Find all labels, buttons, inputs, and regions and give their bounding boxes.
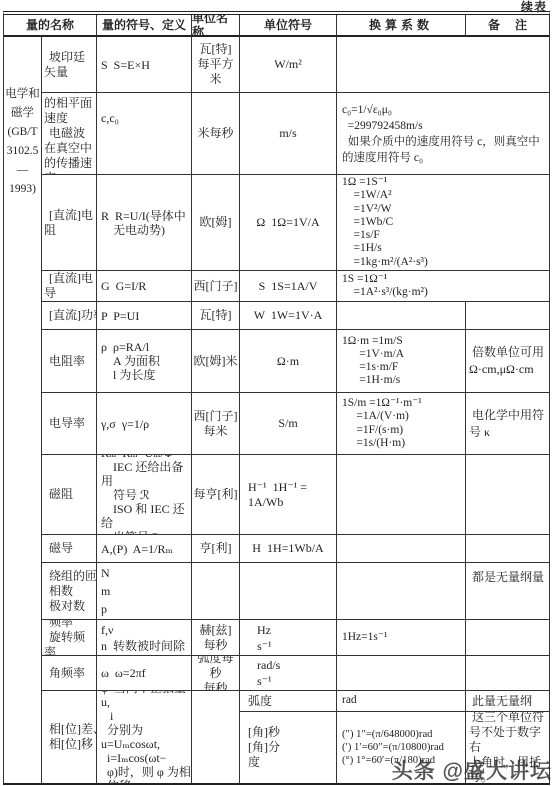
cell-r10-unit-name [192,563,240,620]
cell-r13a-conversion: rad [337,691,466,712]
cell-r6-symbol: ρ ρ=RA/l A 为面积 l 为长度 [97,330,192,393]
cell-r2-symbol: c,c₀ [97,93,192,175]
cell-r5-name: [直流]功率 [42,302,97,330]
cell-r5-conversion [337,302,466,330]
cell-r10-symbol: Nmp [97,563,192,620]
cell-r7-name: 电导率 [42,393,97,455]
cell-r11-unit-symbol: Hzs⁻¹ [240,620,337,656]
cell-r9-symbol: A,(P) A=1/Rₘ [97,535,192,563]
scanned-standard-table-page: 续表 量的名称 量的符号、定义 单位名称 单位符号 换算系数 备注 电学和磁学(… [0,0,553,786]
quantities-units-table: 量的名称 量的符号、定义 单位名称 单位符号 换算系数 备注 电学和磁学(GB/… [3,11,550,785]
cell-r10-unit-symbol [240,563,337,620]
cell-r4-name: [直流]电导 [42,271,97,302]
cell-r4-conversion-remarks: 1S =1Ω⁻¹ =1A²·s³/(kg·m²) [337,271,549,302]
header-conversion-factor: 换算系数 [337,15,466,37]
cell-r7-unit-symbol: S/m [240,393,337,455]
cell-r10-name: 绕组的匝数相数极对数 [42,563,97,620]
cell-r6-remarks: 倍数单位可用Ω·cm,μΩ·cm [466,330,549,393]
cell-r12-name: 角频率 [42,656,97,691]
cell-r4-unit-symbol: S 1S=1A/V [240,271,337,302]
header-quantity-name: 量的名称 [4,15,97,37]
cell-r13a-remarks: 此量无量纲 [466,691,549,712]
cell-r7-conversion: 1S/m =1Ω⁻¹·m⁻¹ =1A/(V·m) =1F/(s·m) =1s/(… [337,393,466,455]
cell-r5-unit-symbol: W 1W=1V·A [240,302,337,330]
cell-r8-unit-name: 每亨[利] [192,455,240,535]
cell-r5-symbol: P P=UI [97,302,192,330]
cell-r8-name: 磁阻 [42,455,97,535]
header-unit-name: 单位名称 [192,15,240,37]
cell-r7-unit-name: 西[门子]每米 [192,393,240,455]
cell-r10-conversion [337,563,466,620]
cell-r8-symbol: Rₘ Rₘ=Uₘ/Φ IEC 还给出备用 符号 ℛ ISO 和 IEC 还给 出… [97,455,192,535]
cell-r4-symbol: G G=I/R [97,271,192,302]
cell-r2-name: 电磁波的相平面速度电磁波在真空中的传播速度 [42,93,97,175]
cell-r3-conversion-remarks: 1Ω =1S⁻¹ =1W/A² =1V²/W =1Wb/C =1s/F =1H/… [337,175,549,271]
cell-r10-remarks: 都是无量纲量 [466,563,549,620]
header-unit-symbol: 单位符号 [240,15,337,37]
group-label-electricity-magnetism: 电学和磁学(GB/T3102.5—1993) [4,37,42,783]
cell-r8-conversion [337,455,466,535]
cell-r13-symbol: φ 当两个正弦量 u, i 分别为u=Uₘcosωt, i=Iₘcos(ωt− … [97,691,192,783]
cell-r2-unit-name: 米每秒 [192,93,240,175]
cell-r13a-unit-symbol: 弧度 [240,691,337,712]
cell-r3-symbol: R R=U/I(导体中 无电动势) [97,175,192,271]
cell-r1-name: 坡印廷矢量 [42,37,97,93]
cell-r12-unit-name: 弧度每秒每秒 [192,656,240,691]
cell-r12-unit-symbol: rad/ss⁻¹ [240,656,337,691]
cell-r4-unit-name: 西[门子] [192,271,240,302]
cell-r9-unit-name: 亨[利] [192,535,240,563]
cell-r1-symbol: S S=E×H [97,37,192,93]
cell-r3-unit-name: 欧[姆] [192,175,240,271]
cell-r7-remarks: 电化学中用符号 κ [466,393,549,455]
cell-r3-name: [直流]电阻 [42,175,97,271]
cell-r8-remarks [466,455,549,535]
cell-r8-unit-symbol: H⁻¹ 1H⁻¹ =1A/Wb [240,455,337,535]
header-remarks: 备注 [466,15,549,37]
cell-r6-name: 电阻率 [42,330,97,393]
cell-r12-symbol: ω ω=2πf [97,656,192,691]
cell-r1-unit-name: 瓦[特]每平方米 [192,37,240,93]
cell-r9-unit-symbol: H 1H=1Wb/A [240,535,337,563]
cell-r6-unit-symbol: Ω·m [240,330,337,393]
cell-r13-name: 相[位]差、相[位]移 [42,691,97,783]
cell-r5-unit-name: 瓦[特] [192,302,240,330]
cell-r6-unit-name: 欧[姆]米 [192,330,240,393]
cell-r12-conversion [337,656,466,691]
cell-r9-name: 磁导 [42,535,97,563]
cell-r3-unit-symbol: Ω 1Ω=1V/A [240,175,337,271]
cell-r11-conversion: 1Hz=1s⁻¹ [337,620,466,656]
cell-r13b-unit-symbol: [角]秒[角]分度 [240,712,337,783]
cell-r11-remarks [466,620,549,656]
cell-r12-remarks [466,656,549,691]
cell-r11-symbol: f,νn 转数被时间除 [97,620,192,656]
cell-r7-symbol: γ,σ γ=1/ρ [97,393,192,455]
cell-r6-conversion: 1Ω·m =1m/S =1V·m/A =1s·m/F =1H·m/s [337,330,466,393]
watermark: 头条 @盛大讲坛 [392,755,552,785]
cell-r2-unit-symbol: m/s [240,93,337,175]
cell-r5-remarks [466,302,549,330]
cell-r13-unit-name [192,691,240,783]
cell-r11-name: 频率旋转频率 [42,620,97,656]
cell-r1-unit-symbol: W/m² [240,37,337,93]
cell-r9-conversion [337,535,466,563]
cell-r11-unit-name: 赫[兹]每秒 [192,620,240,656]
cell-r2-conversion-remarks: c₀=1/√ε₀μ₀ =299792458m/s 如果介质中的速度用符号 c，则… [337,93,549,175]
cell-r9-remarks [466,535,549,563]
cell-r1-conversion-remarks [337,37,549,93]
header-symbol-definition: 量的符号、定义 [97,15,192,37]
